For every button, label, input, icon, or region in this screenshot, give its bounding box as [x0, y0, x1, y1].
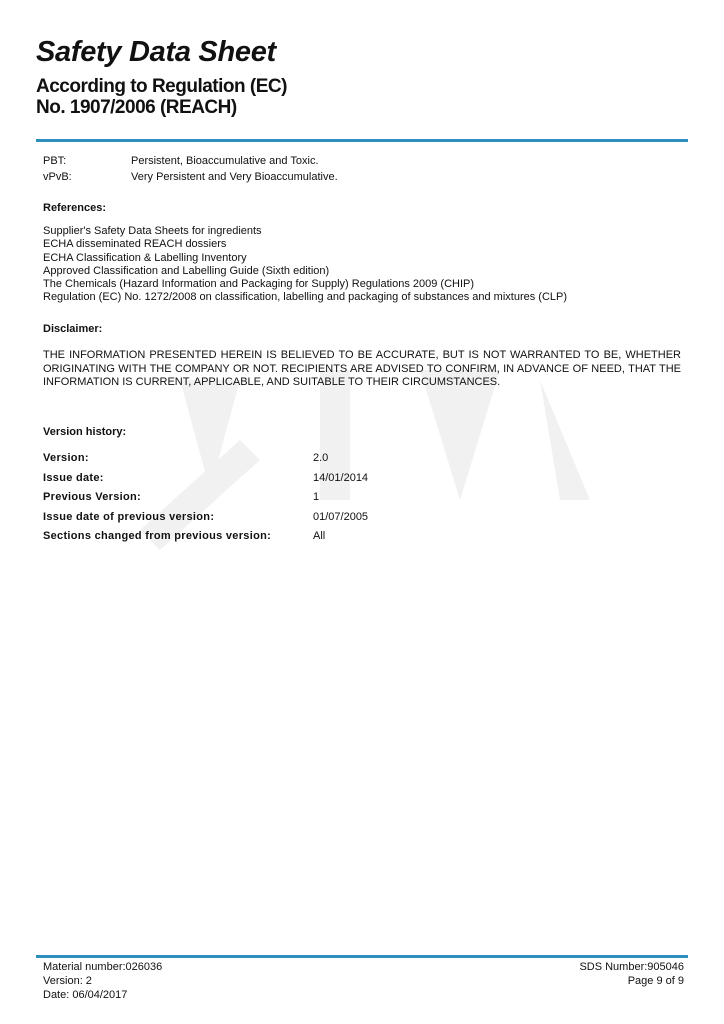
sds-number: SDS Number:905046 — [579, 960, 684, 974]
disclaimer-heading: Disclaimer: — [43, 323, 102, 335]
material-number: Material number:026036 — [43, 960, 162, 974]
footer-left: Material number:026036 Version: 2 Date: … — [43, 960, 162, 1002]
reference-item: Approved Classification and Labelling Gu… — [43, 265, 567, 278]
references-heading: References: — [43, 202, 106, 214]
abbreviations-list: PBT: Persistent, Bioaccumulative and Tox… — [43, 155, 338, 187]
reference-item: Regulation (EC) No. 1272/2008 on classif… — [43, 291, 567, 304]
disclaimer-text: THE INFORMATION PRESENTED HEREIN IS BELI… — [43, 349, 681, 390]
version-label: Issue date: — [43, 472, 313, 492]
reference-item: ECHA Classification & Labelling Inventor… — [43, 252, 567, 265]
abbreviation-definition: Very Persistent and Very Bioaccumulative… — [131, 171, 338, 187]
document-title: Safety Data Sheet — [36, 36, 276, 69]
version-history-heading: Version history: — [43, 426, 126, 438]
abbreviation-definition: Persistent, Bioaccumulative and Toxic. — [131, 155, 319, 171]
version-history-table: Version: 2.0 Issue date: 14/01/2014 Prev… — [43, 452, 368, 550]
version-value: 14/01/2014 — [313, 472, 368, 492]
reference-item: The Chemicals (Hazard Information and Pa… — [43, 278, 567, 291]
version-row: Version: 2.0 — [43, 452, 368, 472]
subtitle-line-1: According to Regulation (EC) — [36, 76, 287, 97]
abbreviation-row: PBT: Persistent, Bioaccumulative and Tox… — [43, 155, 338, 171]
version-value: All — [313, 530, 325, 550]
footer-version: Version: 2 — [43, 974, 162, 988]
version-row: Sections changed from previous version: … — [43, 530, 368, 550]
abbreviation-term: PBT: — [43, 155, 131, 171]
header-divider — [36, 139, 688, 142]
version-label: Sections changed from previous version: — [43, 530, 313, 550]
footer-date: Date: 06/04/2017 — [43, 988, 162, 1002]
abbreviation-row: vPvB: Very Persistent and Very Bioaccumu… — [43, 171, 338, 187]
version-label: Previous Version: — [43, 491, 313, 511]
document-subtitle: According to Regulation (EC) No. 1907/20… — [36, 76, 287, 118]
version-label: Issue date of previous version: — [43, 511, 313, 531]
version-value: 01/07/2005 — [313, 511, 368, 531]
version-value: 2.0 — [313, 452, 328, 472]
footer-divider — [36, 955, 688, 958]
abbreviation-term: vPvB: — [43, 171, 131, 187]
version-value: 1 — [313, 491, 319, 511]
reference-item: ECHA disseminated REACH dossiers — [43, 238, 567, 251]
version-row: Issue date of previous version: 01/07/20… — [43, 511, 368, 531]
version-label: Version: — [43, 452, 313, 472]
page-number: Page 9 of 9 — [579, 974, 684, 988]
version-row: Issue date: 14/01/2014 — [43, 472, 368, 492]
reference-item: Supplier's Safety Data Sheets for ingred… — [43, 225, 567, 238]
footer-right: SDS Number:905046 Page 9 of 9 — [579, 960, 684, 988]
references-list: Supplier's Safety Data Sheets for ingred… — [43, 225, 567, 305]
subtitle-line-2: No. 1907/2006 (REACH) — [36, 97, 287, 118]
version-row: Previous Version: 1 — [43, 491, 368, 511]
